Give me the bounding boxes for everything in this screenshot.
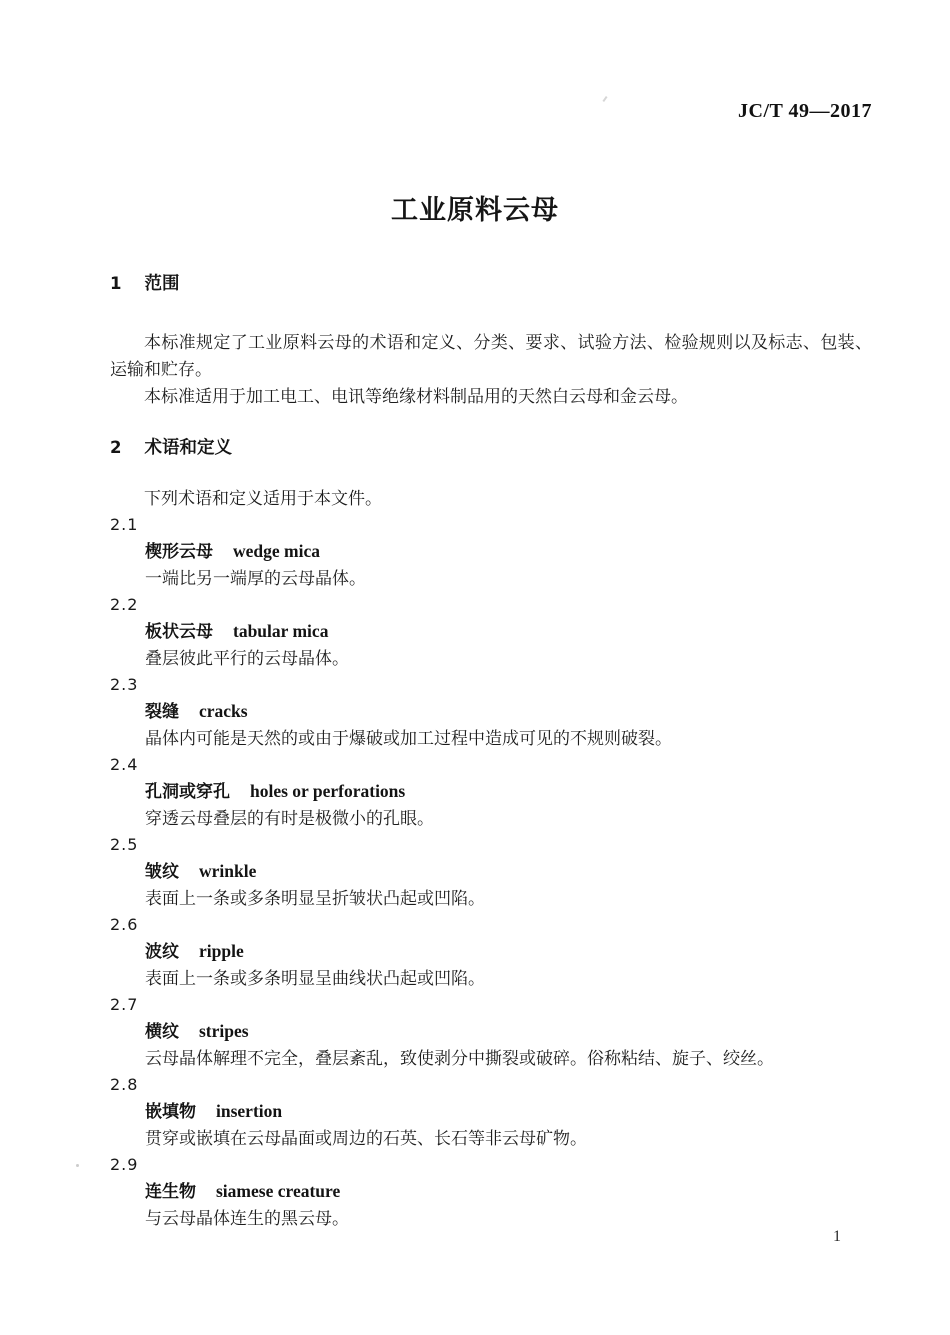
term-title: 连生物siamese creature: [145, 1178, 872, 1206]
term-title: 皱纹wrinkle: [145, 858, 872, 886]
document-body: 1范围 本标准规定了工业原料云母的术语和定义、分类、要求、试验方法、检验规则以及…: [110, 272, 872, 1232]
scope-paragraph-2: 本标准适用于加工电工、电讯等绝缘材料制品用的天然白云母和金云母。: [110, 383, 872, 410]
term-number: 2.1: [110, 512, 872, 538]
term-block-2-3: 2.3 裂缝cracks 晶体内可能是天然的或由于爆破或加工过程中造成可见的不规…: [110, 672, 872, 752]
term-definition: 晶体内可能是天然的或由于爆破或加工过程中造成可见的不规则破裂。: [145, 726, 872, 752]
term-block-2-9: 2.9 连生物siamese creature 与云母晶体连生的黑云母。: [110, 1152, 872, 1232]
term-definition: 叠层彼此平行的云母晶体。: [145, 646, 872, 672]
term-name-zh: 皱纹: [145, 862, 179, 881]
term-definition: 穿透云母叠层的有时是极微小的孔眼。: [145, 806, 872, 832]
term-block-2-4: 2.4 孔洞或穿孔holes or perforations 穿透云母叠层的有时…: [110, 752, 872, 832]
term-number: 2.4: [110, 752, 872, 778]
term-name-en: stripes: [199, 1021, 249, 1041]
scan-artifact: [76, 1164, 79, 1167]
section-1-title: 范围: [144, 273, 179, 293]
term-block-2-5: 2.5 皱纹wrinkle 表面上一条或多条明显呈折皱状凸起或凹陷。: [110, 832, 872, 912]
term-definition: 与云母晶体连生的黑云母。: [145, 1206, 872, 1232]
term-block-2-1: 2.1 楔形云母wedge mica 一端比另一端厚的云母晶体。: [110, 512, 872, 592]
term-name-en: cracks: [199, 701, 248, 721]
term-name-en: insertion: [216, 1101, 282, 1121]
term-definition: 贯穿或嵌填在云母晶面或周边的石英、长石等非云母矿物。: [145, 1126, 872, 1152]
term-name-en: wrinkle: [199, 861, 256, 881]
term-title: 嵌填物insertion: [145, 1098, 872, 1126]
term-definition: 一端比另一端厚的云母晶体。: [145, 566, 872, 592]
term-definition: 云母晶体解理不完全，叠层紊乱，致使剥分中撕裂或破碎。俗称粘结、旋子、绞丝。: [145, 1046, 872, 1072]
term-name-en: ripple: [199, 941, 244, 961]
document-title: 工业原料云母: [0, 188, 950, 227]
term-name-zh: 横纹: [145, 1022, 179, 1041]
term-number: 2.6: [110, 912, 872, 938]
term-name-en: tabular mica: [233, 621, 328, 641]
section-1-number: 1: [110, 273, 121, 295]
term-name-zh: 裂缝: [145, 702, 179, 721]
term-block-2-7: 2.7 横纹stripes 云母晶体解理不完全，叠层紊乱，致使剥分中撕裂或破碎。…: [110, 992, 872, 1072]
scan-artifact: [602, 96, 607, 102]
term-name-zh: 嵌填物: [145, 1102, 196, 1121]
term-name-zh: 楔形云母: [145, 542, 213, 561]
term-title: 楔形云母wedge mica: [145, 538, 872, 566]
term-name-en: wedge mica: [233, 541, 320, 561]
term-title: 波纹ripple: [145, 938, 872, 966]
term-title: 孔洞或穿孔holes or perforations: [145, 778, 872, 806]
term-block-2-6: 2.6 波纹ripple 表面上一条或多条明显呈曲线状凸起或凹陷。: [110, 912, 872, 992]
term-number: 2.7: [110, 992, 872, 1018]
term-number: 2.8: [110, 1072, 872, 1098]
term-block-2-2: 2.2 板状云母tabular mica 叠层彼此平行的云母晶体。: [110, 592, 872, 672]
term-name-zh: 连生物: [145, 1182, 196, 1201]
term-title: 横纹stripes: [145, 1018, 872, 1046]
scope-paragraph-1: 本标准规定了工业原料云母的术语和定义、分类、要求、试验方法、检验规则以及标志、包…: [110, 329, 872, 383]
term-number: 2.3: [110, 672, 872, 698]
term-name-zh: 孔洞或穿孔: [145, 782, 230, 801]
term-number: 2.5: [110, 832, 872, 858]
section-2-title: 术语和定义: [144, 437, 232, 457]
section-1-heading: 1范围: [110, 272, 872, 295]
term-title: 裂缝cracks: [145, 698, 872, 726]
term-definition: 表面上一条或多条明显呈曲线状凸起或凹陷。: [145, 966, 872, 992]
term-number: 2.9: [110, 1152, 872, 1178]
term-name-zh: 板状云母: [145, 622, 213, 641]
term-name-en: siamese creature: [216, 1181, 340, 1201]
standard-code: JC/T 49—2017: [738, 100, 872, 123]
term-title: 板状云母tabular mica: [145, 618, 872, 646]
term-number: 2.2: [110, 592, 872, 618]
document-page: JC/T 49—2017 工业原料云母 1范围 本标准规定了工业原料云母的术语和…: [0, 0, 950, 1335]
section-2-heading: 2术语和定义: [110, 436, 872, 459]
terms-intro: 下列术语和定义适用于本文件。: [110, 485, 872, 512]
term-definition: 表面上一条或多条明显呈折皱状凸起或凹陷。: [145, 886, 872, 912]
section-2-number: 2: [110, 437, 121, 459]
page-number: 1: [833, 1228, 841, 1246]
term-name-en: holes or perforations: [250, 781, 405, 801]
term-name-zh: 波纹: [145, 942, 179, 961]
term-block-2-8: 2.8 嵌填物insertion 贯穿或嵌填在云母晶面或周边的石英、长石等非云母…: [110, 1072, 872, 1152]
